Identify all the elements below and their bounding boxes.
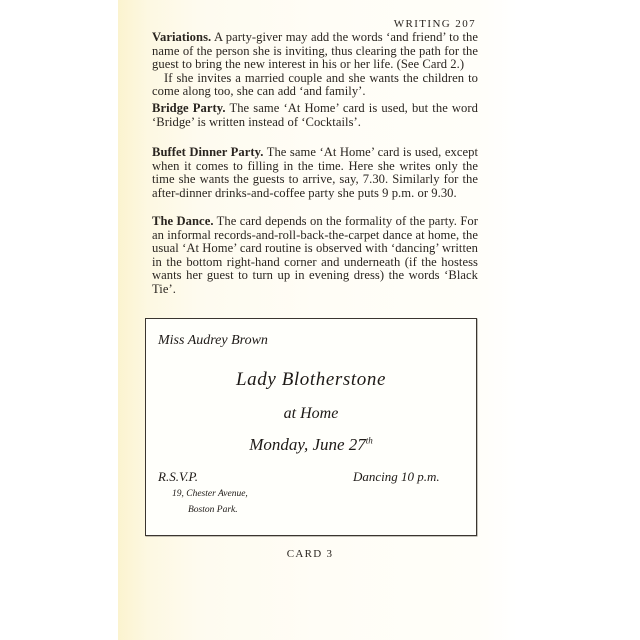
card-rsvp: R.S.V.P. bbox=[158, 469, 198, 485]
paragraph-buffet-dinner: Buffet Dinner Party. The same ‘At Home’ … bbox=[152, 146, 478, 200]
card-address-line2: Boston Park. bbox=[188, 505, 238, 515]
card-at-home: at Home bbox=[146, 405, 476, 423]
paragraph-variations: Variations. A party-giver may add the wo… bbox=[152, 31, 478, 99]
card-date-text: Monday, June 27 bbox=[249, 435, 366, 454]
paragraph-heading: The Dance. bbox=[152, 214, 214, 228]
card-date-suffix: th bbox=[366, 435, 373, 445]
invitation-card: Miss Audrey Brown Lady Blotherstone at H… bbox=[145, 318, 477, 536]
card-address-line1: 19, Chester Avenue, bbox=[172, 489, 248, 499]
card-caption: CARD 3 bbox=[140, 548, 480, 560]
paragraph-continuation: If she invites a married couple and she … bbox=[152, 72, 478, 99]
paragraph-heading: Variations. bbox=[152, 30, 211, 44]
paragraph-heading: Buffet Dinner Party. bbox=[152, 145, 263, 159]
card-dancing-time: Dancing 10 p.m. bbox=[353, 469, 440, 485]
running-head: WRITING 207 bbox=[380, 18, 476, 30]
card-guest-name: Miss Audrey Brown bbox=[158, 333, 268, 349]
paragraph-the-dance: The Dance. The card depends on the forma… bbox=[152, 215, 478, 297]
card-date: Monday, June 27th bbox=[146, 435, 476, 455]
paragraph-heading: Bridge Party. bbox=[152, 101, 226, 115]
paragraph-bridge-party: Bridge Party. The same ‘At Home’ card is… bbox=[152, 102, 478, 129]
card-host-name: Lady Blotherstone bbox=[146, 369, 476, 391]
